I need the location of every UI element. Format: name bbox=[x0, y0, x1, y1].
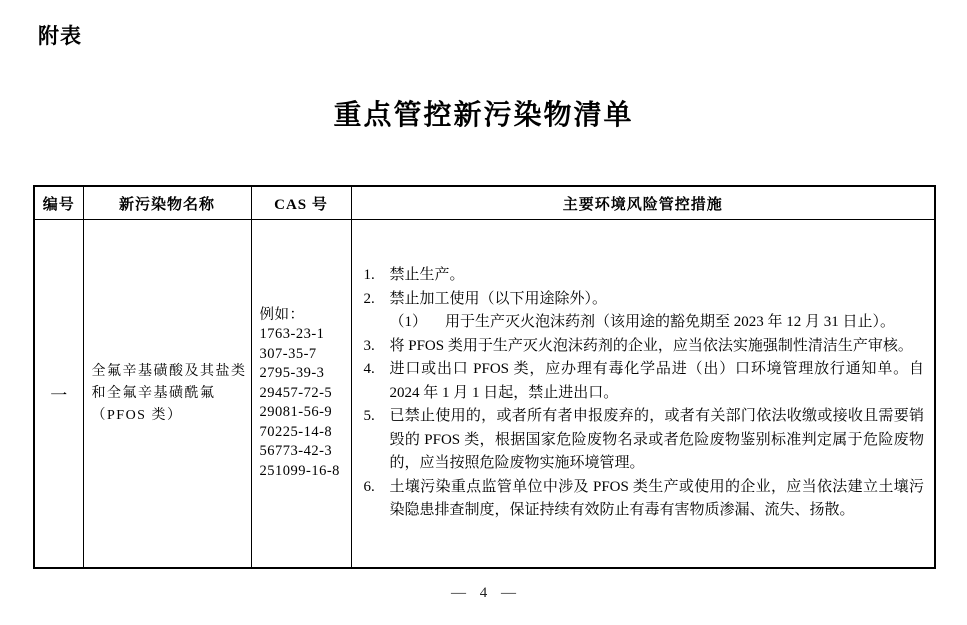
measure-number: 3. bbox=[364, 335, 384, 359]
pollutant-name-line: 全氟辛基磺酸及其盐类 bbox=[92, 361, 248, 383]
measure-item: 4. 进口或出口 PFOS 类，应办理有毒化学品进（出）口环境管理放行通知单。自… bbox=[364, 358, 925, 405]
measure-sub-text: 用于生产灭火泡沫药剂（该用途的豁免期至 2023 年 12 月 31 日止）。 bbox=[445, 311, 924, 335]
cas-number: 2795-39-3 bbox=[260, 364, 349, 384]
header-cas-number: CAS 号 bbox=[251, 186, 351, 220]
measure-number: 6. bbox=[364, 476, 384, 500]
document-page: 附表 重点管控新污染物清单 编号 新污染物名称 CAS 号 主要环境风险管控措施 bbox=[0, 0, 967, 625]
pollutant-name-line: 和全氟辛基磺酰氟 bbox=[92, 383, 248, 405]
table-header-row: 编号 新污染物名称 CAS 号 主要环境风险管控措施 bbox=[34, 186, 935, 220]
cas-number: 56773-42-3 bbox=[260, 442, 349, 462]
measure-text: 禁止加工使用（以下用途除外）。 bbox=[390, 288, 925, 312]
cas-number: 70225-14-8 bbox=[260, 423, 349, 443]
pollutants-table-wrap: 编号 新污染物名称 CAS 号 主要环境风险管控措施 一 全氟辛基磺酸及其盐类 … bbox=[33, 185, 936, 569]
measure-number: 4. bbox=[364, 358, 384, 382]
cas-number: 251099-16-8 bbox=[260, 462, 349, 482]
measure-text: 进口或出口 PFOS 类，应办理有毒化学品进（出）口环境管理放行通知单。自 20… bbox=[390, 358, 925, 405]
cas-number: 29457-72-5 bbox=[260, 384, 349, 404]
row-index: 一 bbox=[34, 220, 83, 569]
header-pollutant-name: 新污染物名称 bbox=[83, 186, 251, 220]
measure-sub-number: （1） bbox=[390, 311, 428, 335]
measure-sub-item: （1） 用于生产灭火泡沫药剂（该用途的豁免期至 2023 年 12 月 31 日… bbox=[390, 311, 925, 335]
measure-number: 5. bbox=[364, 405, 384, 429]
cas-number-cell: 例如： 1763-23-1 307-35-7 2795-39-3 29457-7… bbox=[251, 220, 351, 569]
measure-text: 禁止生产。 bbox=[390, 264, 925, 288]
measure-text: 将 PFOS 类用于生产灭火泡沫药剂的企业，应当依法实施强制性清洁生产审核。 bbox=[390, 335, 925, 359]
measure-number: 1. bbox=[364, 264, 384, 288]
cas-number: 29081-56-9 bbox=[260, 403, 349, 423]
header-control-measures: 主要环境风险管控措施 bbox=[351, 186, 935, 220]
cas-number: 307-35-7 bbox=[260, 345, 349, 365]
annex-label: 附表 bbox=[38, 20, 82, 50]
page-number: — 4 — bbox=[0, 585, 967, 602]
cas-number: 1763-23-1 bbox=[260, 325, 349, 345]
measure-text: 已禁止使用的，或者所有者申报废弃的，或者有关部门依法收缴或接收且需要销毁的 PF… bbox=[390, 405, 925, 476]
measure-item: 5. 已禁止使用的，或者所有者申报废弃的，或者有关部门依法收缴或接收且需要销毁的… bbox=[364, 405, 925, 476]
pollutant-name-line: （PFOS 类） bbox=[92, 405, 248, 427]
measure-item: 1. 禁止生产。 bbox=[364, 264, 925, 288]
table-row: 一 全氟辛基磺酸及其盐类 和全氟辛基磺酰氟 （PFOS 类） 例如： 1763-… bbox=[34, 220, 935, 569]
pollutants-table: 编号 新污染物名称 CAS 号 主要环境风险管控措施 一 全氟辛基磺酸及其盐类 … bbox=[33, 185, 936, 569]
measure-item: 3. 将 PFOS 类用于生产灭火泡沫药剂的企业，应当依法实施强制性清洁生产审核… bbox=[364, 335, 925, 359]
page-title: 重点管控新污染物清单 bbox=[0, 93, 967, 133]
header-index: 编号 bbox=[34, 186, 83, 220]
cas-label: 例如： bbox=[260, 306, 349, 326]
control-measures-cell: 1. 禁止生产。 2. 禁止加工使用（以下用途除外）。 （1） 用于生产灭火泡沫… bbox=[351, 220, 935, 569]
measure-item: 6. 土壤污染重点监管单位中涉及 PFOS 类生产或使用的企业，应当依法建立土壤… bbox=[364, 476, 925, 523]
measure-item: 2. 禁止加工使用（以下用途除外）。 bbox=[364, 288, 925, 312]
measure-number: 2. bbox=[364, 288, 384, 312]
pollutant-name-cell: 全氟辛基磺酸及其盐类 和全氟辛基磺酰氟 （PFOS 类） bbox=[83, 220, 251, 569]
measure-text: 土壤污染重点监管单位中涉及 PFOS 类生产或使用的企业，应当依法建立土壤污染隐… bbox=[390, 476, 925, 523]
